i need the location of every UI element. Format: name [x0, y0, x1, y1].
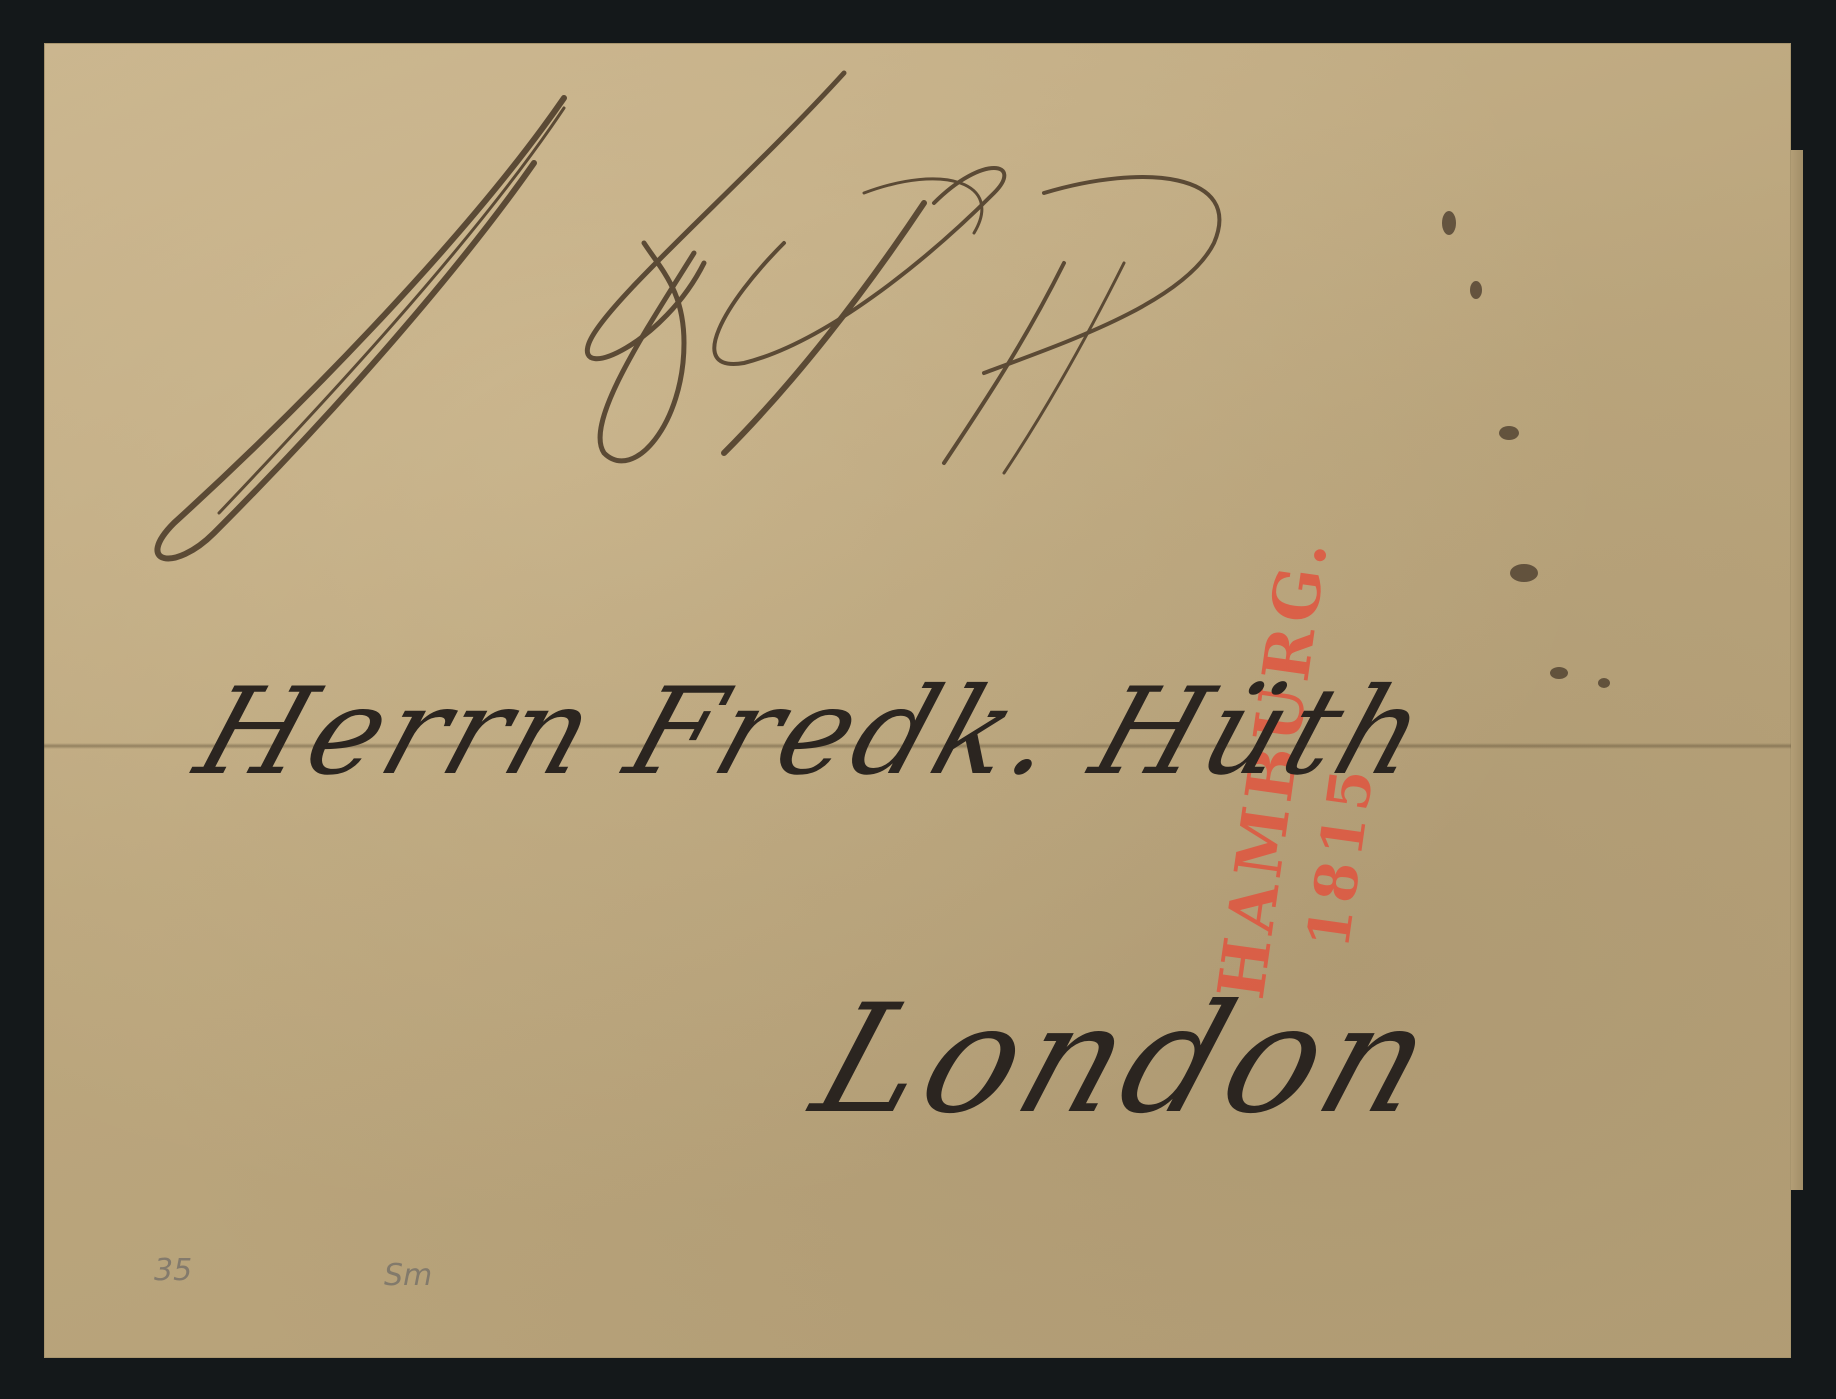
letter-sheet: HAMBURG. 1815 Herrn Fredk. Hüth London 3… [44, 43, 1791, 1358]
address-city: London [796, 973, 1458, 1147]
pencil-note: 35 [154, 1253, 192, 1288]
folded-edge-flap [1791, 150, 1803, 1190]
address-recipient: Herrn Fredk. Hüth [181, 663, 1445, 802]
pencil-note: Sm [384, 1258, 432, 1293]
